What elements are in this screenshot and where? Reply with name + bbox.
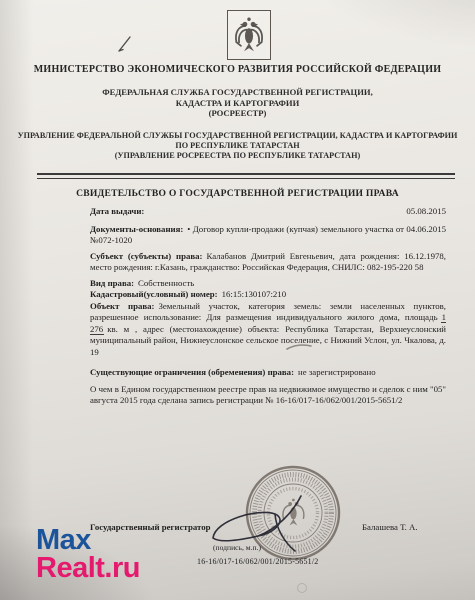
- subject-label: Субъект (субъекты) права:: [90, 251, 202, 261]
- document-title: СВИДЕТЕЛЬСТВО О ГОСУДАРСТВЕННОЙ РЕГИСТРА…: [0, 188, 475, 199]
- federal-service-title: ФЕДЕРАЛЬНАЯ СЛУЖБА ГОСУДАРСТВЕННОЙ РЕГИС…: [0, 87, 475, 119]
- ministry-title: МИНИСТЕРСТВО ЭКОНОМИЧЕСКОГО РАЗВИТИЯ РОС…: [0, 64, 475, 75]
- handwritten-check-mark: [114, 34, 134, 56]
- right-type-label: Вид права:: [90, 278, 134, 288]
- double-rule-divider: [37, 173, 455, 179]
- office-line-2: ПО РЕСПУБЛИКЕ ТАТАРСТАН: [0, 141, 475, 151]
- object-paragraph: Объект права:Земельный участок, категори…: [90, 301, 446, 359]
- emblem-box: [227, 10, 271, 60]
- basis-label: Документы-основания:: [90, 224, 183, 234]
- signature-caption: (подпись, м.п.): [213, 543, 261, 552]
- issue-date-row: Дата выдачи: 05.08.2015: [90, 206, 446, 218]
- office-line-3: (УПРАВЛЕНИЕ РОСРЕЕСТРА ПО РЕСПУБЛИКЕ ТАТ…: [0, 151, 475, 161]
- certificate-body: Дата выдачи: 05.08.2015 Документы-основа…: [90, 206, 446, 411]
- maxrealt-watermark: Max Realt.ru: [36, 526, 140, 582]
- russia-coat-of-arms-icon: [231, 14, 267, 56]
- restrictions-row: Существующие ограничения (обременения) п…: [90, 367, 446, 379]
- cadastral-label: Кадастровый(условный) номер:: [90, 289, 218, 299]
- watermark-line-2: Realt.ru: [36, 554, 140, 582]
- right-type-value: Собственность: [138, 278, 194, 288]
- issue-date-value: 05.08.2015: [406, 206, 446, 218]
- restrictions-value: не зарегистрировано: [298, 367, 376, 377]
- office-line-1: УПРАВЛЕНИЕ ФЕДЕРАЛЬНОЙ СЛУЖБЫ ГОСУДАРСТВ…: [0, 131, 475, 141]
- restrictions-label: Существующие ограничения (обременения) п…: [90, 367, 294, 377]
- subject-paragraph: Субъект (субъекты) права:Калабанов Дмитр…: [90, 251, 446, 274]
- regional-office-title: УПРАВЛЕНИЕ ФЕДЕРАЛЬНОЙ СЛУЖБЫ ГОСУДАРСТВ…: [0, 131, 475, 161]
- cadastral-value: 16:15:130107:210: [222, 289, 287, 299]
- registrar-signature-mark: [205, 488, 335, 568]
- right-type-row: Вид права:Собственность: [90, 278, 446, 290]
- object-label: Объект права:: [90, 301, 154, 311]
- service-line-1: ФЕДЕРАЛЬНАЯ СЛУЖБА ГОСУДАРСТВЕННОЙ РЕГИС…: [0, 87, 475, 98]
- service-line-2: КАДАСТРА И КАРТОГРАФИИ: [0, 98, 475, 109]
- watermark-line-1: Max: [36, 526, 140, 554]
- pencil-tick-mark: [286, 343, 312, 351]
- registrar-name: Балашева Т. А.: [362, 522, 418, 532]
- object-value-part2: кв. м , адрес (местонахождение) объекта:…: [90, 324, 446, 357]
- scanned-certificate-page: МИНИСТЕРСТВО ЭКОНОМИЧЕСКОГО РАЗВИТИЯ РОС…: [0, 0, 475, 600]
- record-text: О чем в Едином государственном реестре п…: [90, 384, 446, 406]
- basis-paragraph: Документы-основания:• Договор купли-прод…: [90, 224, 446, 247]
- cadastral-row: Кадастровый(условный) номер:16:15:130107…: [90, 289, 446, 301]
- service-line-3: (РОСРЕЕСТР): [0, 108, 475, 119]
- issue-date-label: Дата выдачи:: [90, 206, 144, 218]
- registration-number: 16-16/017-16/062/001/2015-5651/2: [197, 557, 319, 566]
- record-paragraph: О чем в Едином государственном реестре п…: [90, 384, 446, 407]
- scan-dot-artifact: [297, 583, 307, 593]
